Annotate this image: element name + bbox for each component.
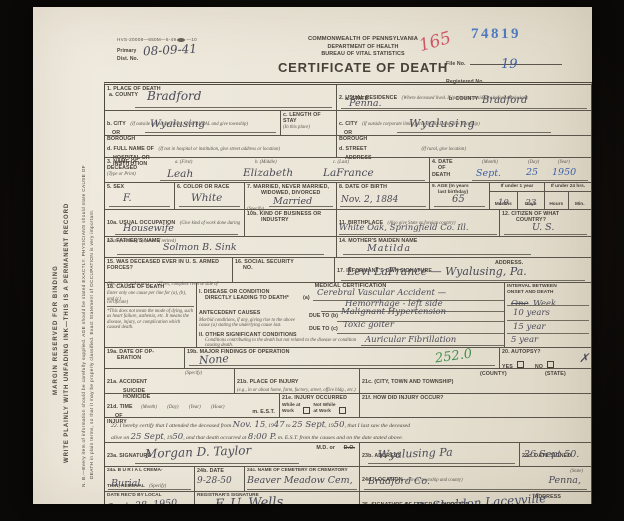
while-at-work-checkbox: [303, 407, 310, 414]
field-age-under-24hr: If under 24 hrs. Hours Min.: [545, 183, 591, 209]
row-hospital-street: d. FULL NAME OF (If not in hospital or i…: [105, 136, 591, 158]
field-label: Not While: [313, 403, 335, 409]
handwritten-value: Sept. 28, 1950: [107, 499, 178, 504]
handwritten-value: U. S.: [532, 223, 554, 233]
field-label: d. FULL NAME OF: [107, 146, 154, 152]
field-note: (Day): [528, 160, 539, 165]
field-label: b. CITY: [107, 121, 126, 127]
field-registrar-signature: REGISTRAR'S SIGNATURE F. U. Wells: [195, 492, 360, 504]
handwritten-value: 25: [526, 168, 538, 178]
entry-line: [160, 180, 425, 181]
handwritten-value: Solmon B. Sink: [163, 243, 237, 253]
field-marital-status: 7. MARRIED, NEVER MARRIED, WIDOWED, DIVO…: [245, 183, 337, 209]
field-street-address: d. STREET (If rural, give location) ADDR…: [337, 136, 591, 157]
handwritten-value: 10: [498, 199, 509, 208]
field-label: DUE TO (c): [309, 326, 338, 332]
field-note: c. (Last): [333, 160, 349, 165]
field-city-of-residence: c. CITY (If outside corporate limits, wr…: [337, 111, 591, 135]
field-ssn: 16. SOCIAL SECURITY NO.: [233, 258, 335, 282]
field-label: 21b. PLACE OF INJURY: [237, 379, 299, 385]
handwritten-value: 50: [334, 420, 345, 430]
handwritten-value: Ralph B. Sheldon Laceyville: [376, 492, 547, 504]
statement-text: , 19: [265, 423, 274, 429]
handwritten-value: Elizabeth: [243, 168, 293, 179]
field-label: If under 24 hrs.: [545, 183, 591, 192]
entry-line: [339, 234, 497, 235]
handwritten-value: 5 year: [511, 335, 538, 345]
handwritten-value: 1950: [552, 168, 576, 178]
handwritten-value: 8:00 P.: [248, 432, 277, 442]
field-label: c. CITY: [339, 121, 358, 127]
field-label: DATE REC'D BY LOCAL: [107, 493, 192, 499]
field-note: Enter only one cause per line for (a), (…: [107, 291, 194, 302]
field-how-injury-occurred: 21f. HOW DID INJURY OCCUR?: [360, 394, 591, 417]
field-business-industry: 10b. KIND OF BUSINESS OR INDUSTRY: [245, 210, 337, 236]
dist-no-value: 08-09-41: [143, 43, 197, 58]
statement-text: 22. I hereby certify that I attended the…: [111, 423, 233, 429]
entry-line: [341, 108, 587, 109]
field-usual-residence: 2. USUAL RESIDENCE (Where deceased lived…: [337, 85, 591, 110]
handwritten-value: Cerebral Vascular Accident —: [317, 288, 446, 298]
field-occupation: 10a. USUAL OCCUPATION (Give kind of work…: [105, 210, 245, 236]
handwritten-value: White: [191, 193, 222, 204]
entry-line: [189, 365, 495, 366]
field-sex: 5. SEX F.: [105, 183, 175, 209]
handwritten-value: Levi LaFrance — Wyalusing, Pa.: [347, 266, 527, 277]
field-hospital-name: d. FULL NAME OF (If not in hospital or i…: [105, 136, 337, 157]
field-date-received: DATE REC'D BY LOCAL REGISTRAR Sept. 28, …: [105, 492, 195, 504]
field-note: (Month): [141, 405, 157, 410]
field-label: M.D. or: [316, 445, 335, 451]
field-label: While at: [282, 403, 300, 409]
field-label: 21c. (CITY, TOWN AND TOWNSHIP): [362, 379, 453, 385]
field-label: 8. DATE OF BIRTH: [339, 184, 427, 190]
handwritten-value: White Oak, Springfield Co. Ill.: [339, 224, 469, 233]
entry-line: [247, 489, 357, 490]
entry-line: [109, 206, 170, 207]
field-age-under-1yr: If under 1 year Months 10 Days 23: [490, 183, 545, 209]
statement-text: , 19: [325, 423, 334, 429]
entry-line: [507, 305, 589, 306]
entry-line: [115, 234, 238, 235]
entry-line: [135, 107, 332, 108]
handwritten-value: 25 Sept: [131, 432, 164, 442]
handwritten-value: Bradford: [482, 96, 527, 106]
field-medical-certification: MEDICAL CERTIFICATION I. DISEASE OR COND…: [197, 283, 505, 347]
statement-text: alive on: [111, 435, 131, 441]
entry-line: [472, 180, 588, 181]
field-label: 21d. TIME: [107, 404, 133, 410]
field-note: (Year): [558, 160, 570, 165]
field-physician-address: 23b. ADDRESS Wyalusing Pa: [360, 443, 520, 466]
field-date-signed: 23c. DATE SIGNED 26 Sept 50.: [520, 443, 591, 466]
field-label: m. E.S.T.: [252, 409, 275, 415]
row-occupation-birthplace: 10a. USUAL OCCUPATION (Give kind of work…: [105, 210, 591, 237]
field-place-of-death: 1. PLACE OF DEATH a. COUNTY Bradford: [105, 85, 337, 110]
field-label: Hours: [549, 202, 563, 207]
field-father-name: 13. FATHER'S NAME Solmon B. Sink: [105, 237, 337, 257]
field-label: d. STREET: [339, 146, 367, 152]
field-physician-signature: 23a. SIGNATURE Morgan D. Taylor M.D. or …: [105, 443, 360, 466]
entry-line: [507, 320, 589, 321]
field-note: (Day): [167, 405, 178, 410]
handwritten-value: Leah: [167, 169, 193, 180]
field-label: 5. SEX: [107, 184, 172, 190]
entry-line: [337, 333, 504, 334]
row-parents: 13. FATHER'S NAME Solmon B. Sink 14. MOT…: [105, 237, 591, 258]
field-date-of-operation: 19a. DATE OF OP- ERATION: [105, 348, 185, 368]
row-burial: 24a. B U R I A L CREMA- TION, REMOVAL (S…: [105, 467, 591, 492]
row-armedforces-informant: 15. WAS DECEASED EVER IN U. S. ARMED FOR…: [105, 258, 591, 283]
handwritten-value: 47: [274, 420, 285, 430]
registered-value: 19: [501, 58, 518, 71]
dist-no-label: Dist. No.: [117, 57, 138, 63]
field-label: NO.: [243, 265, 332, 271]
margin-note-nb2: DEATH in plain terms, so that it may be …: [89, 209, 94, 479]
field-note: *This does not mean the mode of dying, s…: [107, 306, 194, 330]
field-label-struck: D.O.: [344, 445, 355, 451]
statement-text: , and that death occurred at: [183, 435, 248, 441]
autopsy-no-mark: ✗: [579, 352, 589, 364]
field-note: (Year): [189, 405, 201, 410]
field-label: If under 1 year: [490, 183, 544, 192]
handwritten-code-green: 252.0: [434, 347, 473, 365]
row-accident: 21a. ACCIDENT (Specify) SUICIDE HOMICIDE…: [105, 369, 591, 394]
field-label: 21f. HOW DID INJURY OCCUR?: [362, 395, 589, 401]
certificate-paper: MARGIN RESERVED FOR BINDING WRITE PLAINL…: [33, 7, 592, 504]
primary-label: Primary: [117, 49, 136, 55]
field-major-findings: 19b. MAJOR FINDINGS OF OPERATION None 25…: [185, 348, 500, 368]
handwritten-value: Wyalusing: [409, 118, 476, 129]
handwritten-value: Sept.: [476, 169, 501, 179]
field-label: DUE TO (b): [309, 313, 338, 319]
field-cause-of-death-stub: 18. CAUSE OF DEATH Enter only one cause …: [105, 283, 197, 347]
entry-line: [434, 206, 485, 207]
handwritten-value: Malignant Hypertension: [341, 307, 446, 317]
row-time-of-injury: 21d. TIME (Month) (Day) (Year) (Hour) OF…: [105, 394, 591, 418]
field-label: DIRECTLY LEADING TO DEATH*: [205, 295, 289, 301]
handwritten-value: Auricular Fibrillation: [365, 335, 456, 345]
handwritten-value: Nov. 15: [233, 420, 266, 430]
row-sex-age: 5. SEX F. 6. COLOR OR RACE White 7. MARR…: [105, 183, 591, 210]
entry-line: [341, 280, 585, 281]
entry-line: [179, 206, 240, 207]
handwritten-value: Wyalusing: [150, 119, 205, 130]
not-while-at-work-checkbox: [339, 407, 346, 414]
field-place-of-injury: 21b. PLACE OF INJURY (e.g., in or about …: [235, 369, 360, 393]
field-note: (If rural, give location): [421, 147, 466, 152]
field-birthplace: 11. BIRTHPLACE (Also give State or forei…: [337, 210, 500, 236]
entry-line: [507, 333, 589, 334]
handwritten-value: 15 year: [513, 322, 545, 332]
entry-line: [368, 463, 515, 464]
field-label: Min.: [575, 202, 585, 207]
entry-line: [504, 234, 587, 235]
margin-note-binding: MARGIN RESERVED FOR BINDING: [53, 265, 59, 395]
entry-line: [343, 254, 531, 255]
field-label: 21a. ACCIDENT: [107, 379, 147, 385]
handwritten-value: Toxic goiter: [343, 320, 394, 330]
field-note: (Specify): [185, 371, 202, 376]
handwritten-value: Wyalusing Pa: [378, 447, 453, 461]
field-burial-type: 24a. B U R I A L CREMA- TION, REMOVAL (S…: [105, 467, 195, 491]
field-note: (In this place): [283, 125, 334, 130]
row-certify-statement: 22. I hereby certify that I attended the…: [105, 418, 591, 443]
field-burial-date: 24b. DATE 9-28-50: [195, 467, 245, 491]
field-label: at Work: [313, 409, 335, 415]
field-label: 18. CAUSE OF DEATH: [107, 284, 194, 290]
file-number-stamp: 74819: [471, 26, 521, 43]
field-label: c. LENGTH OF STAY: [283, 112, 334, 125]
handwritten-value: 26 Sept 50.: [524, 450, 579, 460]
field-label: 15. WAS DECEASED EVER IN U. S. ARMED FOR…: [107, 259, 230, 272]
handwritten-value: 9-28-50: [197, 477, 232, 486]
certificate-title: CERTIFICATE OF DEATH: [263, 60, 463, 75]
field-label: Work: [282, 409, 300, 415]
handwritten-value: Penna,: [548, 476, 581, 486]
field-age: 9. AGE (In years last birthday) 65: [430, 183, 490, 209]
handwritten-value: Morgan D. Taylor: [145, 444, 252, 460]
margin-note-nb1: N. B.—Every item of information should b…: [81, 165, 86, 487]
field-certify-statement: 22. I hereby certify that I attended the…: [105, 418, 591, 442]
entry-line: [135, 463, 299, 464]
entry-line: [269, 206, 333, 207]
handwritten-value: Bradford: [147, 90, 201, 102]
statement-text: m. E.S.T. from the causes and on the dat…: [276, 435, 403, 441]
field-name-of-deceased: 3. NAME OF DECEASED (Type or Print) a. (…: [105, 158, 430, 182]
field-injury-city-county-state: 21c. (CITY, TOWN AND TOWNSHIP) (COUNTY) …: [360, 369, 591, 393]
entry-line: [397, 132, 551, 133]
field-label: 6. COLOR OR RACE: [177, 184, 242, 190]
handwritten-value: 10 years: [513, 308, 550, 318]
statement-text: to: [285, 423, 292, 429]
field-interval-onset-death: INTERVAL BETWEEN ONSET AND DEATH One Wee…: [505, 283, 591, 347]
field-length-of-stay: c. LENGTH OF STAY (In this place): [281, 111, 337, 135]
field-date-of-birth: 8. DATE OF BIRTH Nov. 2, 1884: [337, 183, 430, 209]
handwritten-value: Bradford Co.: [368, 477, 430, 487]
row-name-date: 3. NAME OF DECEASED (Type or Print) a. (…: [105, 158, 591, 183]
handwritten-value: F. U. Wells: [215, 496, 284, 504]
entry-line: [145, 132, 276, 133]
handwritten-value: F.: [123, 194, 132, 204]
handwritten-value: LaFrance: [323, 168, 374, 179]
field-note: (e.g., in or about home, farm, factory, …: [237, 388, 357, 393]
field-funeral-director-signature: 25. SIGNATURE OF FUNERAL DIRECTOR ADDRES…: [360, 492, 591, 504]
field-mother-name: 14. MOTHER'S MAIDEN NAME Matilda: [337, 237, 591, 257]
field-label: 21e. INJURY OCCURRED: [282, 395, 357, 401]
handwritten-value: Beaver Meadow Cem,: [247, 476, 353, 486]
row-city-borough: b. CITY (If outside corporate limits, wr…: [105, 111, 591, 136]
field-note: (Specify): [149, 484, 166, 489]
row-registrar-funeral: DATE REC'D BY LOCAL REGISTRAR Sept. 28, …: [105, 492, 591, 504]
field-armed-forces: 15. WAS DECEASED EVER IN U. S. ARMED FOR…: [105, 258, 233, 282]
row-place-residence: 1. PLACE OF DEATH a. COUNTY Bradford 2. …: [105, 85, 591, 111]
field-cemetery-name: 24c. NAME OF CEMETERY OR CREMATORY Beave…: [245, 467, 360, 491]
entry-line: [340, 206, 426, 207]
field-label: (COUNTY): [480, 371, 507, 377]
field-label: ANTECEDENT CAUSES: [199, 310, 260, 316]
field-cemetery-location: 24d. LOCATION (Town, township and county…: [360, 467, 591, 491]
autopsy-no-checkbox: [547, 361, 554, 368]
field-note: (State): [570, 469, 583, 474]
field-note: (If not in hospital or institution, give…: [158, 147, 280, 152]
field-note: (Hour): [211, 405, 224, 410]
field-note: Morbid conditions, if any, giving rise t…: [199, 318, 299, 329]
field-injury-occurred: 21e. INJURY OCCURRED While at Work Not W…: [280, 394, 360, 417]
field-citizenship: 12. CITIZEN OF WHAT COUNTRY? U. S.: [500, 210, 591, 236]
entry-line: [361, 345, 504, 346]
autopsy-yes-checkbox: [517, 361, 524, 368]
field-autopsy: 20. AUTOPSY? YES NO ✗: [500, 348, 591, 368]
field-city-of-death: b. CITY (If outside corporate limits, wr…: [105, 111, 281, 135]
field-label: (STATE): [545, 371, 566, 377]
certificate-form: 1. PLACE OF DEATH a. COUNTY Bradford 2. …: [104, 82, 592, 504]
field-date-of-death: 4. DATE OF DEATH (Month) (Day) (Year) Se…: [430, 158, 591, 182]
handwritten-value: Housewife: [123, 224, 174, 234]
state-seal-icon: [177, 38, 185, 42]
field-note: a. (First): [175, 160, 192, 165]
form-number-text: HVS-20008—650M—5-49: [117, 37, 176, 42]
entry-line: [108, 489, 191, 490]
field-note: (Month): [482, 160, 498, 165]
field-label: (a): [303, 295, 310, 301]
margin-note-permanent: WRITE PLAINLY WITH UNFADING INK—THIS IS …: [64, 203, 70, 463]
entry-line: [117, 254, 324, 255]
field-accident-suicide-homicide: 21a. ACCIDENT (Specify) SUICIDE HOMICIDE: [105, 369, 235, 393]
field-label: 24c. NAME OF CEMETERY OR CREMATORY: [247, 468, 357, 474]
row-operation-autopsy: 19a. DATE OF OP- ERATION 19b. MAJOR FIND…: [105, 348, 591, 369]
field-label: 24b. DATE: [197, 468, 242, 474]
handwritten-value: 25 Sept: [292, 420, 325, 430]
field-label: 20. AUTOPSY?: [502, 349, 589, 355]
field-color-race: 6. COLOR OR RACE White: [175, 183, 245, 209]
handwritten-value: Nov. 2, 1884: [341, 196, 398, 205]
field-label: 24a. B U R I A L CREMA-: [107, 468, 192, 474]
field-label: INDUSTRY: [261, 217, 334, 223]
handwritten-value: Burial: [111, 479, 140, 489]
field-note: b. (Middle): [255, 160, 277, 165]
row-physician-signature: 23a. SIGNATURE Morgan D. Taylor M.D. or …: [105, 443, 591, 467]
field-informant: 17. INFORMANT'S OWN SIGNATURE ADDRESS. L…: [335, 258, 591, 282]
entry-line: [364, 489, 587, 490]
field-label: a. COUNTY: [109, 92, 334, 98]
photo-background: MARGIN RESERVED FOR BINDING WRITE PLAINL…: [0, 0, 624, 521]
row-cause-of-death: 18. CAUSE OF DEATH Enter only one cause …: [105, 283, 591, 348]
handwritten-value: 65: [452, 195, 465, 205]
field-label: b. COUNTY: [449, 96, 478, 102]
handwritten-value: Matilda: [367, 244, 411, 254]
field-label: ERATION: [117, 355, 182, 361]
field-time-of-injury: 21d. TIME (Month) (Day) (Year) (Hour) OF…: [105, 394, 280, 417]
statement-text: , that I last saw the deceased: [344, 423, 410, 429]
handwritten-value: 23: [526, 199, 537, 208]
handwritten-value: 50: [172, 432, 183, 442]
file-no-label: File No.: [446, 61, 466, 67]
